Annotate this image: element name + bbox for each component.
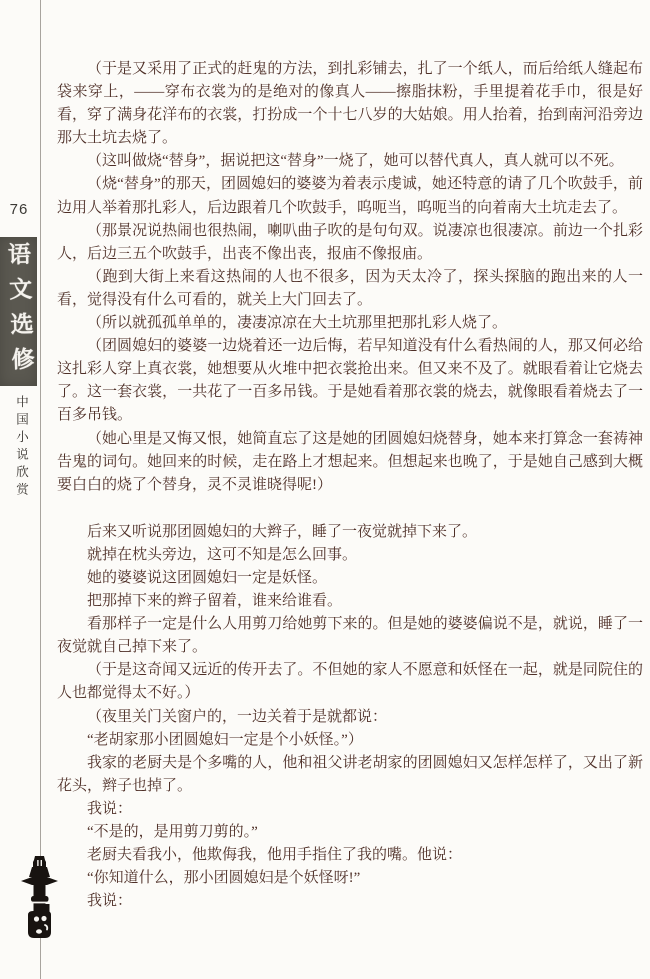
page-number: 76	[2, 201, 36, 218]
paragraph: 我说：	[57, 798, 643, 821]
paragraph: 看那样子一定是什么人用剪刀给她剪下来的。但是她的婆婆偏说不是，就说，睡了一夜觉就…	[57, 613, 643, 659]
figurine-stamp-icon	[21, 855, 58, 939]
paragraph: 把那掉下来的辫子留着，谁来给谁看。	[57, 590, 643, 613]
paragraph: （于是又采用了正式的赶鬼的方法，到扎彩铺去，扎了一个纸人，而后给纸人缝起布袋来穿…	[57, 58, 643, 150]
paragraph: （这叫做烧“替身”，据说把这“替身”一烧了，她可以替代真人，真人就可以不死。	[57, 150, 643, 173]
paragraph: “老胡家那小团圆媳妇一定是个小妖怪。”）	[57, 729, 643, 752]
book-page: 76 语文选修 中国小说欣赏 （于是又采用	[0, 0, 650, 979]
paragraph: “你知道什么，那小团圆媳妇是个妖怪呀!”	[57, 867, 643, 890]
paragraph: （跑到大街上来看这热闹的人也不很多，因为天太冷了，探头探脑的跑出来的人一看，觉得…	[57, 266, 643, 312]
paragraph: （于是这奇闻又远近的传开去了。不但她的家人不愿意和妖怪在一起，就是同院住的人也都…	[57, 659, 643, 705]
paragraph: 她的婆婆说这团圆媳妇一定是妖怪。	[57, 567, 643, 590]
series-title: 语文选修	[6, 241, 34, 382]
paragraph: 就掉在枕头旁边，这可不知是怎么回事。	[57, 544, 643, 567]
paragraph: （夜里关门关窗户的，一边关着于是就都说：	[57, 706, 643, 729]
paragraph: （她心里是又悔又恨，她简直忘了这是她的团圆媳妇烧替身，她本来打算念一套祷神告鬼的…	[57, 428, 643, 497]
paragraph: 我说：	[57, 890, 643, 913]
paragraph: 我家的老厨夫是个多嘴的人，他和祖父讲老胡家的团圆媳妇又怎样怎样了，又出了新花头，…	[57, 752, 643, 798]
series-block: 语文选修	[0, 237, 37, 386]
paragraph: 后来又听说那团圆媳妇的大辫子，睡了一夜觉就掉下来了。	[57, 521, 643, 544]
paragraph: （烧“替身”的那天，团圆媳妇的婆婆为着表示虔诚，她还特意的请了几个吹鼓手，前边用…	[57, 173, 643, 219]
paragraph: “不是的，是用剪刀剪的。”	[57, 821, 643, 844]
text-body: （于是又采用了正式的赶鬼的方法，到扎彩铺去，扎了一个纸人，而后给纸人缝起布袋来穿…	[57, 58, 643, 913]
margin-rule	[40, 0, 41, 979]
paragraph: （那景况说热闹也很热闹，喇叭曲子吹的是句句双。说凄凉也很凄凉。前边一个扎彩人，后…	[57, 220, 643, 266]
paragraph: 老厨夫看我小，他欺侮我，他用手指住了我的嘴。他说：	[57, 844, 643, 867]
subseries-title: 中国小说欣赏	[15, 395, 28, 500]
paragraph: （团圆媳妇的婆婆一边烧着还一边后悔，若早知道没有什么看热闹的人，那又何必给这扎彩…	[57, 335, 643, 427]
paragraph: （所以就孤孤单单的，凄凄凉凉在大土坑那里把那扎彩人烧了。	[57, 312, 643, 335]
